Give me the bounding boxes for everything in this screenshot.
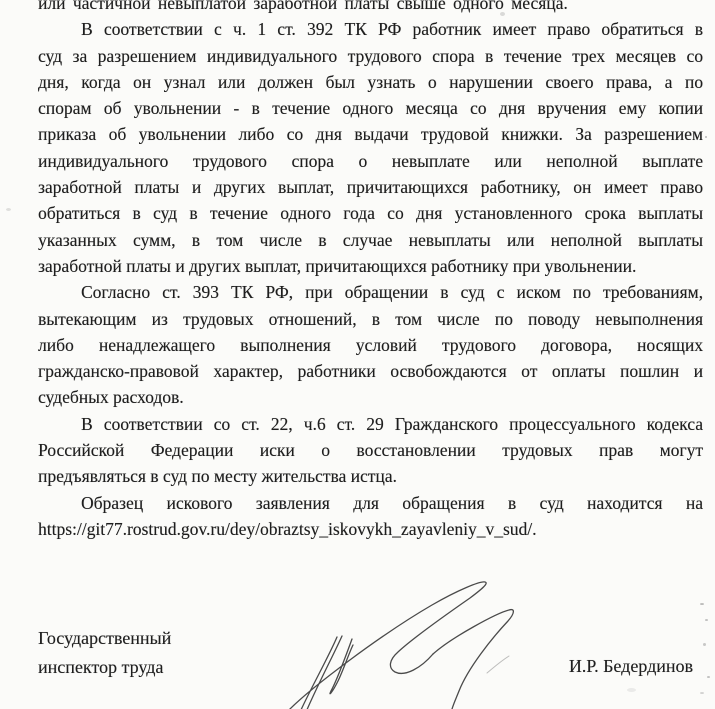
url-text-line: https://git77.rostrud.gov.ru/dey/obrazts… (38, 516, 703, 542)
scan-artifact (627, 688, 636, 692)
scan-artifact (6, 208, 11, 211)
text-line: указанных сумм, в том числе в случае нев… (38, 227, 703, 253)
text-line: заработной платы и других выплат, причит… (38, 253, 703, 279)
signature-stroke (287, 582, 486, 709)
text-line: приказа об увольнении либо со дня выдачи… (38, 121, 703, 147)
signer-title-line-1: Государственный (38, 624, 171, 653)
scan-artifact (707, 676, 710, 678)
text-line: заработной платы и других выплат, причит… (38, 174, 703, 200)
signature-stroke (487, 656, 509, 673)
text-line: Согласно ст. 393 ТК РФ, при обращении в … (38, 279, 703, 305)
text-line: индивидуального трудового спора о невыпл… (38, 148, 703, 174)
signer-name: И.Р. Бедердинов (569, 654, 693, 678)
text-line: В соответствии со ст. 22, ч.6 ст. 29 Гра… (38, 411, 703, 437)
document-body-text: или частичной невыплатой заработной плат… (38, 0, 703, 542)
signer-title: Государственный инспектор труда (38, 624, 171, 681)
signature-stroke (300, 637, 337, 709)
scan-artifact (700, 692, 704, 694)
text-line: В соответствии с ч. 1 ст. 392 ТК РФ рабо… (38, 16, 703, 42)
signature-stroke (433, 610, 513, 709)
text-line: суд за разрешением индивидуального трудо… (38, 43, 703, 69)
scan-artifact (705, 136, 707, 138)
scanned-document-page: или частичной невыплатой заработной плат… (0, 0, 715, 709)
scan-artifact (705, 619, 708, 621)
text-line: обратиться в суд в течение одного года с… (38, 200, 703, 226)
text-line: либо ненадлежащего выполнения условий тр… (38, 332, 703, 358)
text-line: Российской Федерации иски о восстановлен… (38, 437, 703, 463)
text-line: Образец искового заявления для обращения… (38, 490, 703, 516)
scan-artifact (703, 643, 706, 646)
text-line: спорам об увольнении - в течение одного … (38, 95, 703, 121)
text-line: судебных расходов. (38, 384, 703, 410)
scan-artifact (700, 603, 704, 605)
text-line: или частичной невыплатой заработной плат… (38, 0, 703, 16)
handwritten-signature-icon (280, 575, 520, 709)
text-line: вытекающим из трудовых отношений, в том … (38, 306, 703, 332)
text-line: дня, когда он узнал или должен был узнат… (38, 69, 703, 95)
signature-stroke (306, 636, 342, 709)
text-line: предъявляться в суд по месту жительства … (38, 463, 703, 489)
text-line: гражданско-правовой характер, работники … (38, 358, 703, 384)
signer-title-line-2: инспектор труда (38, 653, 171, 682)
scan-artifact (500, 12, 505, 16)
